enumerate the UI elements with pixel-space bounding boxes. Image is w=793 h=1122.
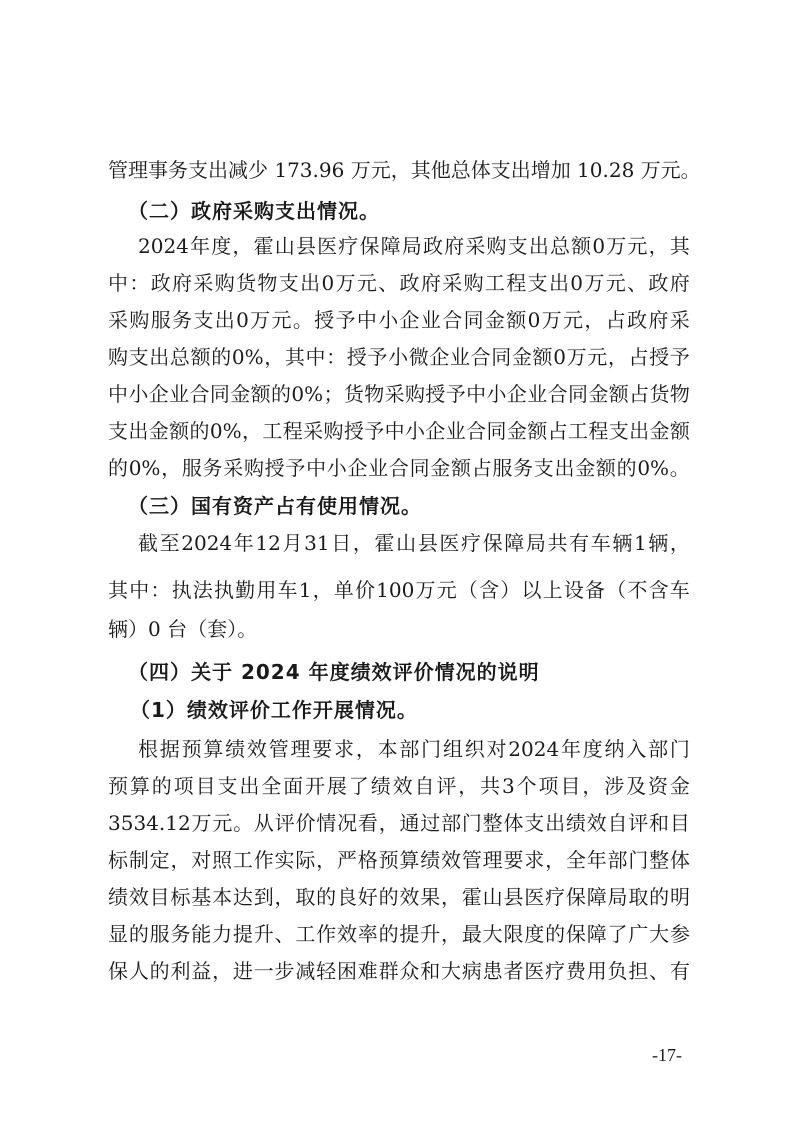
paragraph-line: 2024年度，霍山县医疗保障局政府采购支出总额0万元，其 <box>138 231 690 261</box>
subsection-heading-evaluation: （1）绩效评价工作开展情况。 <box>130 695 418 725</box>
page-number: -17- <box>652 1040 682 1070</box>
section-heading-state-assets: （三）国有资产占有使用情况。 <box>128 491 422 521</box>
paragraph-line: 预算的项目支出全面开展了绩效自评，共3个项目，涉及资金 <box>108 771 690 801</box>
paragraph-line: 支出金额的0%，工程采购授予中小企业合同金额占工程支出金额 <box>108 416 690 446</box>
paragraph-line: 标制定，对照工作实际，严格预算绩效管理要求，全年部门整体 <box>108 845 690 875</box>
paragraph-line: 3534.12万元。从评价情况看，通过部门整体支出绩效自评和目 <box>108 808 690 838</box>
paragraph-line: 截至2024年12月31日，霍山县医疗保障局共有车辆1辆， <box>138 528 690 558</box>
paragraph-line: 绩效目标基本达到，取的良好的效果，霍山县医疗保障局取的明 <box>108 882 690 912</box>
paragraph-line: 采购服务支出0万元。授予中小企业合同金额0万元，占政府采 <box>108 305 690 335</box>
paragraph-line: 中：政府采购货物支出0万元、政府采购工程支出0万元、政府 <box>108 268 690 298</box>
paragraph-line: 辆）0 台（套）。 <box>108 614 690 644</box>
paragraph-line: 管理事务支出减少 173.96 万元，其他总体支出增加 10.28 万元。 <box>108 155 690 185</box>
document-page: 管理事务支出减少 173.96 万元，其他总体支出增加 10.28 万元。 （二… <box>0 0 793 1122</box>
paragraph-line: 购支出总额的0%，其中：授予小微企业合同金额0万元，占授予 <box>108 342 690 372</box>
paragraph-line: 其中：执法执勤用车1，单价100万元（含）以上设备（不含车 <box>108 575 690 605</box>
paragraph-line: 的0%，服务采购授予中小企业合同金额占服务支出金额的0%。 <box>108 453 690 483</box>
section-heading-performance: （四）关于 2024 年度绩效评价情况的说明 <box>128 657 540 687</box>
paragraph-line: 显的服务能力提升、工作效率的提升，最大限度的保障了广大参 <box>108 919 690 949</box>
paragraph-line: 根据预算绩效管理要求，本部门组织对2024年度纳入部门 <box>138 734 690 764</box>
section-heading-procurement: （二）政府采购支出情况。 <box>128 196 380 226</box>
paragraph-line: 中小企业合同金额的0%；货物采购授予中小企业合同金额占货物 <box>108 379 690 409</box>
paragraph-line: 保人的利益，进一步减轻困难群众和大病患者医疗费用负担、有 <box>108 956 690 986</box>
